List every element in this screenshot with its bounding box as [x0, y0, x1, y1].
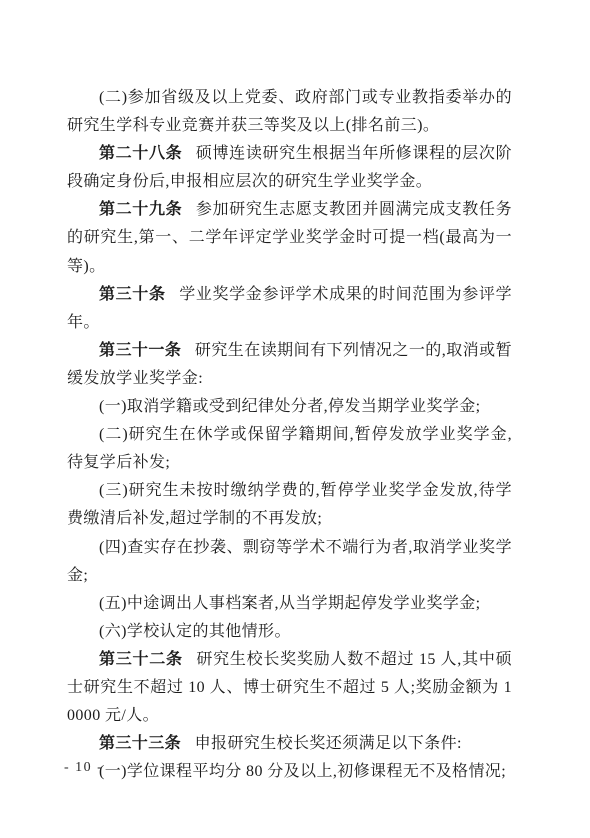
- clause-text: (二)研究生在休学或保留学籍期间,暂停发放学业奖学金,待复学后补发;: [67, 426, 512, 471]
- clause-item-3: (三)研究生未按时缴纳学费的,暂停学业奖学金发放,待学费缴清后补发,超过学制的不…: [67, 477, 512, 533]
- article-number: 第二十九条: [99, 201, 182, 218]
- clause-item-2: (二)研究生在休学或保留学籍期间,暂停发放学业奖学金,待复学后补发;: [67, 421, 512, 477]
- clause-item-5: (五)中途调出人事档案者,从当学期起停发学业奖学金;: [67, 590, 512, 618]
- article-33: 第三十三条申报研究生校长奖还须满足以下条件:: [67, 730, 512, 758]
- article-number: 第三十一条: [99, 342, 181, 359]
- article-number: 第三十条: [99, 286, 166, 303]
- article-text: 申报研究生校长奖还须满足以下条件:: [195, 735, 462, 752]
- article-number: 第三十二条: [99, 651, 183, 668]
- article-31: 第三十一条研究生在读期间有下列情况之一的,取消或暂缓发放学业奖学金:: [67, 337, 512, 393]
- clause-text: (三)研究生未按时缴纳学费的,暂停学业奖学金发放,待学费缴清后补发,超过学制的不…: [67, 482, 512, 527]
- article-32: 第三十二条研究生校长奖奖励人数不超过 15 人,其中硕士研究生不超过 10 人、…: [67, 646, 512, 730]
- article-number: 第三十三条: [99, 735, 181, 752]
- document-body: (二)参加省级及以上党委、政府部门或专业教指委举办的研究生学科专业竞赛并获三等奖…: [67, 84, 512, 786]
- paragraph-item-2: (二)参加省级及以上党委、政府部门或专业教指委举办的研究生学科专业竞赛并获三等奖…: [67, 84, 512, 140]
- document-page: (二)参加省级及以上党委、政府部门或专业教指委举办的研究生学科专业竞赛并获三等奖…: [0, 0, 590, 838]
- condition-text: (一)学位课程平均分 80 分及以上,初修课程无不及格情况;: [99, 763, 506, 780]
- condition-item-1: (一)学位课程平均分 80 分及以上,初修课程无不及格情况;: [67, 758, 512, 786]
- clause-text: (五)中途调出人事档案者,从当学期起停发学业奖学金;: [99, 595, 481, 612]
- clause-item-1: (一)取消学籍或受到纪律处分者,停发当期学业奖学金;: [67, 393, 512, 421]
- page-number: - 10 -: [64, 760, 103, 776]
- clause-text: (六)学校认定的其他情形。: [99, 623, 291, 640]
- clause-item-4: (四)查实存在抄袭、剽窃等学术不端行为者,取消学业奖学金;: [67, 534, 512, 590]
- article-number: 第二十八条: [99, 145, 182, 162]
- clause-text: (四)查实存在抄袭、剽窃等学术不端行为者,取消学业奖学金;: [67, 539, 512, 584]
- article-30: 第三十条学业奖学金参评学术成果的时间范围为参评学年。: [67, 281, 512, 337]
- clause-item-6: (六)学校认定的其他情形。: [67, 618, 512, 646]
- paragraph-text: (二)参加省级及以上党委、政府部门或专业教指委举办的研究生学科专业竞赛并获三等奖…: [67, 89, 512, 134]
- article-29: 第二十九条参加研究生志愿支教团并圆满完成支教任务的研究生,第一、二学年评定学业奖…: [67, 196, 512, 280]
- article-28: 第二十八条硕博连读研究生根据当年所修课程的层次阶段确定身份后,申报相应层次的研究…: [67, 140, 512, 196]
- clause-text: (一)取消学籍或受到纪律处分者,停发当期学业奖学金;: [99, 398, 481, 415]
